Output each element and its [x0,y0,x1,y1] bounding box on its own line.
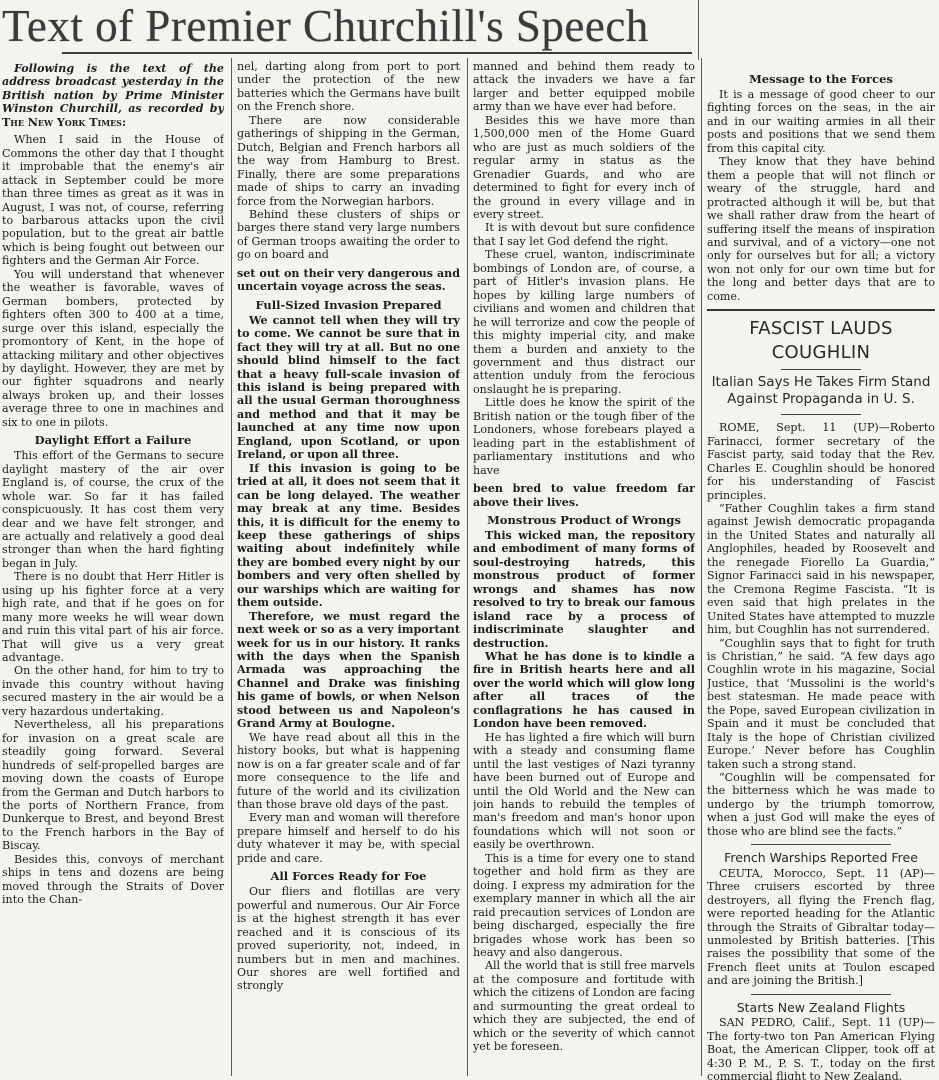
column-divider-2 [467,58,468,1076]
intro-source: The New York Times: [2,116,126,129]
paragraph: What he has done is to kindle a fire in … [473,650,695,731]
coughlin-headline: FASCIST LAUDS COUGHLIN [707,317,935,365]
paragraph: On the other hand, for him to try to inv… [2,664,224,718]
paragraph: “Coughlin says that to fight for truth i… [707,637,935,772]
paragraph: If this invasion is going to be tried at… [237,462,460,610]
paragraph: Therefore, we must regard the next week … [237,610,460,731]
short-rule [781,414,861,415]
paragraph: You will understand that whenever the we… [2,268,224,429]
bold-paragraph: been bred to value freedom far above the… [473,482,695,509]
paragraph: All the world that is still free marvels… [473,959,695,1053]
headline-rule [62,52,232,54]
speech-column-3: manned and behind them ready to attack t… [473,56,695,1080]
subheading: Monstrous Product of Wrongs [473,513,695,527]
paragraph: ROME, Sept. 11 (UP)—Roberto Farinacci, f… [707,421,935,502]
paragraph: Besides this we have more than 1,500,000… [473,114,695,222]
intro-note: Following is the text of the address bro… [2,62,224,129]
paragraph: Little does he know the spirit of the Br… [473,396,695,477]
intro-text: Following is the text of the address bro… [2,62,224,115]
paragraph: Besides this, convoys of merchant ships … [2,853,224,907]
paragraph: nel, darting along from port to port und… [237,60,460,114]
paragraph: SAN PEDRO, Calif., Sept. 11 (UP)—The for… [707,1016,935,1080]
subheading: Full-Sized Invasion Prepared [237,298,460,312]
short-rule [781,369,861,370]
paragraph: There are now considerable gatherings of… [237,114,460,208]
paragraph: There is no doubt that Herr Hitler is us… [2,570,224,664]
paragraph: This effort of the Germans to secure day… [2,449,224,570]
paragraph: When I said in the House of Commons the … [2,133,224,268]
paragraph: We cannot tell when they will try to com… [237,314,460,462]
paragraph: These cruel, wanton, indiscriminate bomb… [473,248,695,396]
headline-rule-right [232,52,692,54]
paragraph: Nevertheless, all his preparations for i… [2,718,224,853]
paragraph: Our fliers and flotillas are very powerf… [237,885,460,993]
paragraph: He has lighted a fire which will burn wi… [473,731,695,852]
section-divider [707,309,935,311]
speech-column-2: nel, darting along from port to port und… [237,56,460,1080]
paragraph: “Coughlin will be compensated for the bi… [707,771,935,838]
paragraph: It is with devout but sure confidence th… [473,221,695,248]
short-rule [751,844,891,845]
speech-column-1: Following is the text of the address bro… [2,56,224,1080]
bold-paragraph: set out on their very dangerous and unce… [237,267,460,294]
column-divider-3 [701,58,702,1076]
column-divider-1 [231,58,232,1076]
sidebar-column: Message to the Forces It is a message of… [707,56,935,1080]
paragraph: This wicked man, the repository and embo… [473,529,695,650]
headline: Text of Premier Churchill's Speech [0,0,702,52]
coughlin-deck: Italian Says He Takes Firm Stand Against… [707,374,935,408]
warships-headline: French Warships Reported Free [707,851,935,864]
paragraph: manned and behind them ready to attack t… [473,60,695,114]
paragraph: Behind these clusters of ships or barges… [237,208,460,262]
subheading: Message to the Forces [707,72,935,86]
paragraph: CEUTA, Morocco, Sept. 11 (AP)—Three crui… [707,867,935,988]
subheading: All Forces Ready for Foe [237,869,460,883]
paragraph: “Father Coughlin takes a firm stand agai… [707,502,935,637]
paragraph: This is a time for every one to stand to… [473,852,695,960]
paragraph: It is a message of good cheer to our fig… [707,88,935,155]
headline-frame-right [698,0,699,60]
short-rule [751,994,891,995]
paragraph: We have read about all this in the histo… [237,731,460,812]
paragraph: Every man and woman will therefore prepa… [237,811,460,865]
flights-headline: Starts New Zealand Flights [707,1001,935,1014]
paragraph: They know that they have behind them a p… [707,155,935,303]
subheading: Daylight Effort a Failure [2,433,224,447]
